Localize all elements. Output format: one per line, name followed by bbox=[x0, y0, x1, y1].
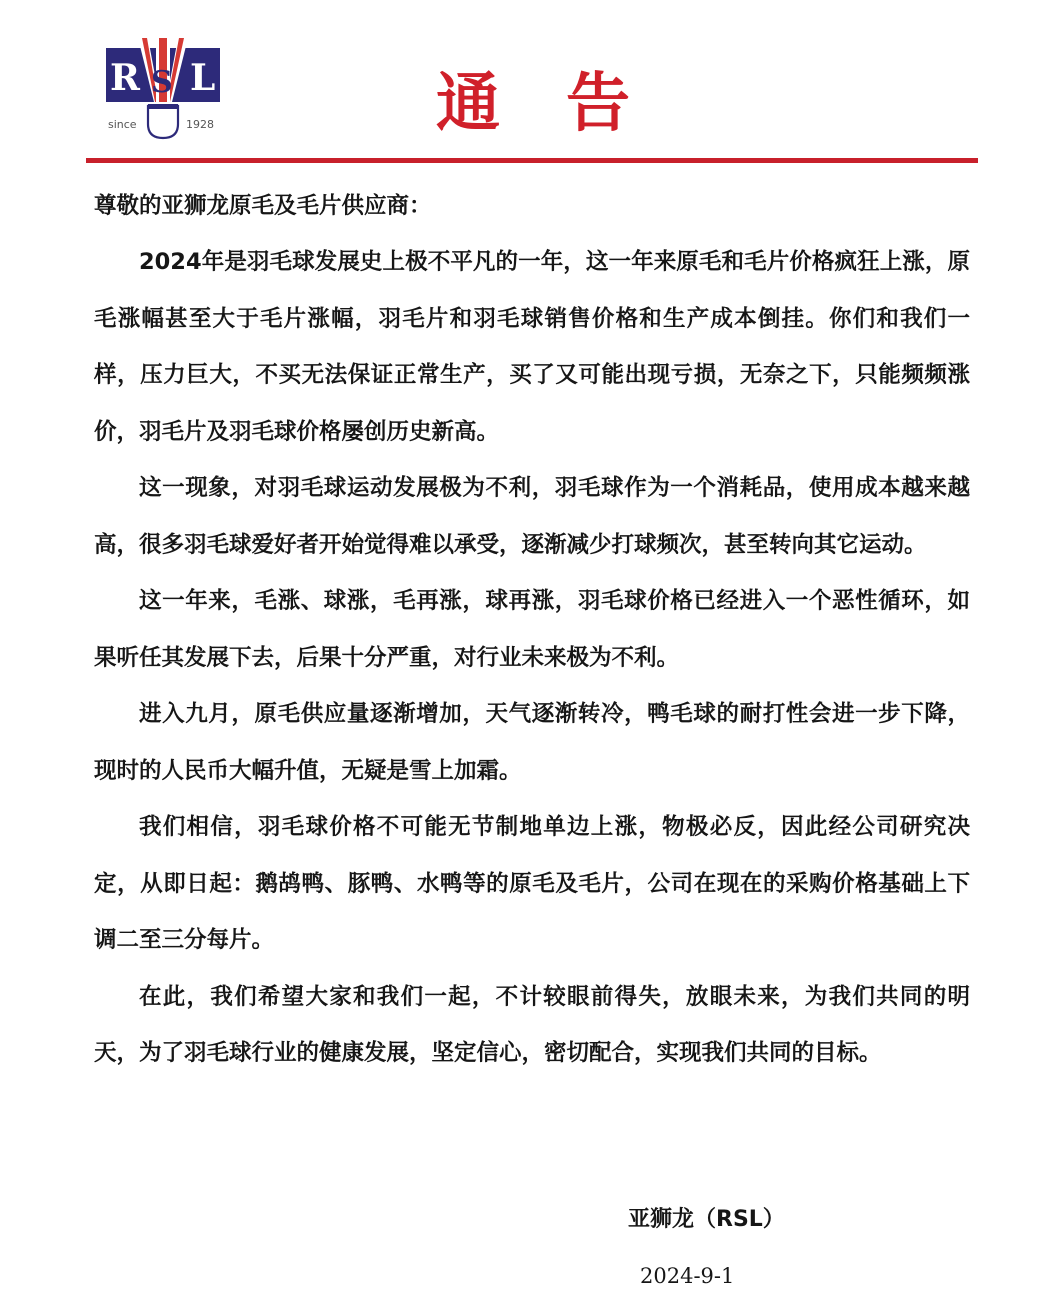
notice-title: 通告 bbox=[4, 64, 1058, 144]
paragraph-vicious-cycle: 这一年来，毛涨、球涨，毛再涨，球再涨，羽毛球价格已经进入一个恶性循环，如果听任其… bbox=[94, 573, 970, 686]
paragraph-price-decision: 我们相信，羽毛球价格不可能无节制地单边上涨，物极必反，因此经公司研究决定，从即日… bbox=[94, 799, 970, 969]
signature: 亚狮龙（RSL） bbox=[628, 1200, 785, 1240]
issue-date: 2024-9-1 bbox=[640, 1260, 734, 1292]
paragraph-price-surge: 2024年是羽毛球发展史上极不平凡的一年，这一年来原毛和毛片价格疯狂上涨，原毛涨… bbox=[94, 234, 970, 460]
header-divider bbox=[86, 158, 978, 163]
paragraph-closing-appeal: 在此，我们希望大家和我们一起，不计较眼前得失，放眼未来，为我们共同的明天，为了羽… bbox=[94, 969, 970, 1082]
salutation: 尊敬的亚狮龙原毛及毛片供应商： bbox=[94, 178, 970, 234]
letter-body: 尊敬的亚狮龙原毛及毛片供应商： 2024年是羽毛球发展史上极不平凡的一年，这一年… bbox=[94, 178, 970, 1082]
paragraph-september-conditions: 进入九月，原毛供应量逐渐增加，天气逐渐转冷，鸭毛球的耐打性会进一步下降，现时的人… bbox=[94, 686, 970, 799]
paragraph-impact-on-players: 这一现象，对羽毛球运动发展极为不利，羽毛球作为一个消耗品，使用成本越来越高，很多… bbox=[94, 460, 970, 573]
